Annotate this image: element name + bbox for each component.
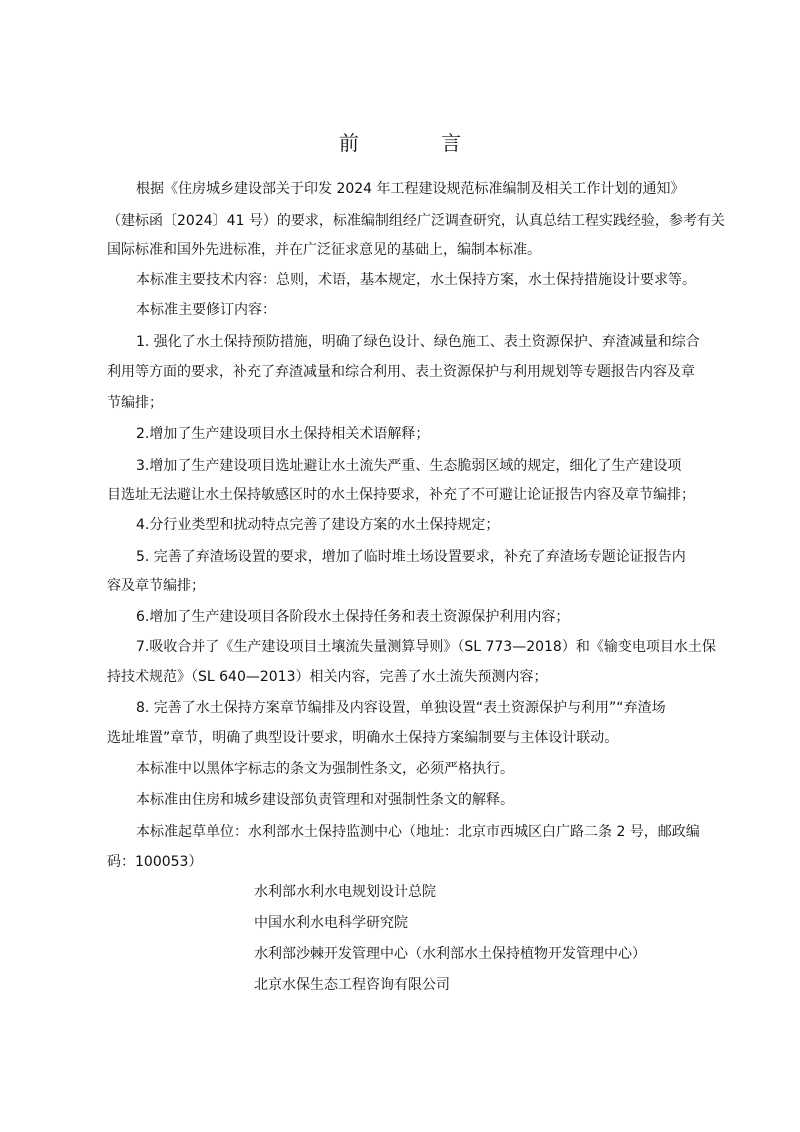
paragraph-line: 8. 完善了水土保持方案章节编排及内容设置，单独设置“表土资源保护与利用”“弃渣… [136,698,666,718]
paragraph-line: 1. 强化了水土保持预防措施，明确了绿色设计、绿色施工、表土资源保护、弃渣减量和… [136,332,700,352]
paragraph-line: 码：100053） [107,852,202,872]
drafting-unit: 北京水保生态工程咨询有限公司 [254,975,450,995]
paragraph-line: 2.增加了生产建设项目水土保持相关术语解释； [136,424,429,444]
paragraph-line: 7.吸收合并了《生产建设项目土壤流失量测算导则》（SL 773—2018）和《输… [136,637,716,657]
paragraph-line: 本标准由住房和城乡建设部负责管理和对强制性条文的解释。 [136,790,514,810]
paragraph-line: 目选址无法避让水土保持敏感区时的水土保持要求，补充了不可避让论证报告内容及章节编… [107,485,695,505]
paragraph-line: （建标函〔2024〕41 号）的要求，标准编制组经广泛调查研究，认真总结工程实践… [107,211,725,231]
paragraph-line: 6.增加了生产建设项目各阶段水土保持任务和表土资源保护利用内容； [136,607,569,627]
paragraph-line: 3.增加了生产建设项目选址避让水土流失严重、生态脆弱区域的规定，细化了生产建设项 [136,456,681,476]
paragraph-line: 本标准主要修订内容： [136,300,276,320]
paragraph-line: 选址堆置”章节，明确了典型设计要求，明确水土保持方案编制要与主体设计联动。 [107,728,618,748]
paragraph-line: 节编排； [107,393,163,413]
paragraph-line: 容及章节编排； [107,576,205,596]
paragraph-line: 利用等方面的要求，补充了弃渣减量和综合利用、表土资源保护与利用规划等专题报告内容… [107,362,695,382]
page-title: 前 言 [0,127,800,156]
drafting-unit: 水利部水利水电规划设计总院 [254,882,436,902]
paragraph-line: 本标准主要技术内容：总则，术语，基本规定，水土保持方案，水土保持措施设计要求等。 [136,270,696,290]
paragraph-line: 4.分行业类型和扰动特点完善了建设方案的水土保持规定； [136,515,499,535]
paragraph-line: 国际标准和国外先进标准，并在广泛征求意见的基础上，编制本标准。 [107,240,541,260]
drafting-unit: 水利部沙棘开发管理中心（水利部水土保持植物开发管理中心） [254,944,646,964]
paragraph-line: 根据《住房城乡建设部关于印发 2024 年工程建设规范标准编制及相关工作计划的通… [136,179,685,199]
paragraph-line: 5. 完善了弃渣场设置的要求，增加了临时堆土场设置要求，补充了弃渣场专题论证报告… [136,547,686,567]
paragraph-line: 本标准起草单位：水利部水土保持监测中心（地址：北京市西城区白广路二条 2 号，邮… [136,822,700,842]
drafting-unit: 中国水利水电科学研究院 [254,913,408,933]
paragraph-line: 持技术规范》（SL 640—2013）相关内容，完善了水土流失预测内容； [107,667,548,687]
paragraph-line: 本标准中以黑体字标志的条文为强制性条文，必须严格执行。 [136,759,514,779]
